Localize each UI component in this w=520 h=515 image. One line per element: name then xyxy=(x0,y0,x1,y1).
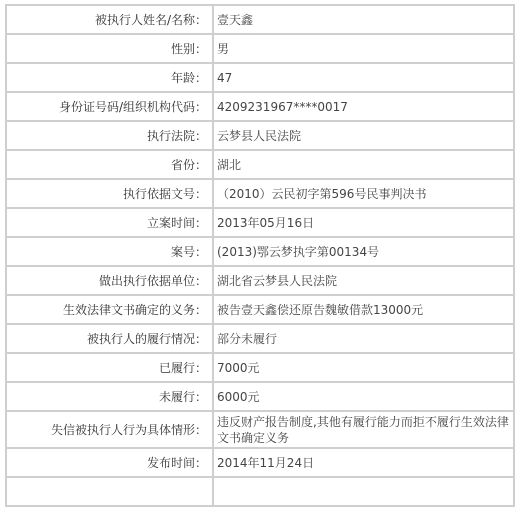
field-value-unperformed-amount: 6000元 xyxy=(213,382,514,411)
table-row-unperformed-amount: 未履行： 6000元 xyxy=(6,382,514,411)
label-colon: ： xyxy=(195,158,207,172)
label-colon: ： xyxy=(195,13,207,27)
label-colon: ： xyxy=(195,71,207,85)
label-text: 身份证号码/组织机构代码 xyxy=(59,100,195,114)
field-value-province: 湖北 xyxy=(213,150,514,179)
field-value-filing-date: 2013年05月16日 xyxy=(213,208,514,237)
table-row-id-number: 身份证号码/组织机构代码： 4209231967****0017 xyxy=(6,92,514,121)
dishonest-debtor-info-table: 被执行人姓名/名称： 壹天鑫 性别： 男 年龄： 47 身份证号码/组织机构代码… xyxy=(5,4,515,507)
table-row-basis-issuing-unit: 做出执行依据单位： 湖北省云梦县人民法院 xyxy=(6,266,514,295)
table-row-partial xyxy=(6,477,514,506)
field-value-case-number: (2013)鄂云梦执字第00134号 xyxy=(213,237,514,266)
label-colon: ： xyxy=(195,456,207,470)
field-label: 未履行： xyxy=(6,382,213,411)
label-text: 立案时间 xyxy=(147,216,195,230)
field-label: 案号： xyxy=(6,237,213,266)
table-row-basis-doc-number: 执行依据文号： （2010）云民初字第596号民事判决书 xyxy=(6,179,514,208)
field-label-empty xyxy=(6,477,213,506)
label-text: 被执行人姓名/名称 xyxy=(95,13,195,27)
table-row-case-number: 案号： (2013)鄂云梦执字第00134号 xyxy=(6,237,514,266)
field-value-debtor-name: 壹天鑫 xyxy=(213,5,514,34)
label-colon: ： xyxy=(195,423,207,437)
table-row-age: 年龄： 47 xyxy=(6,63,514,92)
label-colon: ： xyxy=(195,216,207,230)
label-colon: ： xyxy=(195,390,207,404)
label-colon: ： xyxy=(195,100,207,114)
table-row-performance-status: 被执行人的履行情况： 部分未履行 xyxy=(6,324,514,353)
field-value-executing-court: 云梦县人民法院 xyxy=(213,121,514,150)
field-value-id-number: 4209231967****0017 xyxy=(213,92,514,121)
field-value-dishonest-behavior: 违反财产报告制度,其他有履行能力而拒不履行生效法律文书确定义务 xyxy=(213,411,514,448)
field-value-basis-issuing-unit: 湖北省云梦县人民法院 xyxy=(213,266,514,295)
table-row-debtor-name: 被执行人姓名/名称： 壹天鑫 xyxy=(6,5,514,34)
label-colon: ： xyxy=(195,274,207,288)
field-label: 执行依据文号： xyxy=(6,179,213,208)
label-text: 生效法律文书确定的义务 xyxy=(63,303,195,317)
label-text: 年龄 xyxy=(171,71,195,85)
field-label: 失信被执行人行为具体情形： xyxy=(6,411,213,448)
field-label: 发布时间： xyxy=(6,448,213,477)
label-colon: ： xyxy=(195,129,207,143)
field-label: 身份证号码/组织机构代码： xyxy=(6,92,213,121)
label-text: 失信被执行人行为具体情形 xyxy=(51,423,195,437)
field-label: 被执行人的履行情况： xyxy=(6,324,213,353)
table-row-performed-amount: 已履行： 7000元 xyxy=(6,353,514,382)
label-text: 执行依据文号 xyxy=(123,187,195,201)
table-row-filing-date: 立案时间： 2013年05月16日 xyxy=(6,208,514,237)
field-value-performed-amount: 7000元 xyxy=(213,353,514,382)
label-colon: ： xyxy=(195,303,207,317)
field-label: 生效法律文书确定的义务： xyxy=(6,295,213,324)
label-text: 做出执行依据单位 xyxy=(99,274,195,288)
label-colon: ： xyxy=(195,42,207,56)
field-label: 立案时间： xyxy=(6,208,213,237)
label-text: 性别 xyxy=(171,42,195,56)
label-text: 发布时间 xyxy=(147,456,195,470)
field-label: 省份： xyxy=(6,150,213,179)
field-label: 已履行： xyxy=(6,353,213,382)
field-value-empty xyxy=(213,477,514,506)
field-value-basis-doc-number: （2010）云民初字第596号民事判决书 xyxy=(213,179,514,208)
table-row-gender: 性别： 男 xyxy=(6,34,514,63)
label-colon: ： xyxy=(195,245,207,259)
field-value-gender: 男 xyxy=(213,34,514,63)
label-text: 执行法院 xyxy=(147,129,195,143)
field-label: 被执行人姓名/名称： xyxy=(6,5,213,34)
field-value-age: 47 xyxy=(213,63,514,92)
field-label: 执行法院： xyxy=(6,121,213,150)
table-row-dishonest-behavior: 失信被执行人行为具体情形： 违反财产报告制度,其他有履行能力而拒不履行生效法律文… xyxy=(6,411,514,448)
table-row-executing-court: 执行法院： 云梦县人民法院 xyxy=(6,121,514,150)
field-label: 性别： xyxy=(6,34,213,63)
table-row-publish-date: 发布时间： 2014年11月24日 xyxy=(6,448,514,477)
field-label: 年龄： xyxy=(6,63,213,92)
label-text: 案号 xyxy=(171,245,195,259)
field-value-legal-obligation: 被告壹天鑫偿还原告魏敏借款13000元 xyxy=(213,295,514,324)
label-text: 未履行 xyxy=(159,390,195,404)
field-value-publish-date: 2014年11月24日 xyxy=(213,448,514,477)
label-text: 省份 xyxy=(171,158,195,172)
label-text: 已履行 xyxy=(159,361,195,375)
label-colon: ： xyxy=(195,332,207,346)
label-colon: ： xyxy=(195,187,207,201)
table-row-province: 省份： 湖北 xyxy=(6,150,514,179)
field-value-performance-status: 部分未履行 xyxy=(213,324,514,353)
label-text: 被执行人的履行情况 xyxy=(87,332,195,346)
label-colon: ： xyxy=(195,361,207,375)
field-label: 做出执行依据单位： xyxy=(6,266,213,295)
table-row-legal-obligation: 生效法律文书确定的义务： 被告壹天鑫偿还原告魏敏借款13000元 xyxy=(6,295,514,324)
